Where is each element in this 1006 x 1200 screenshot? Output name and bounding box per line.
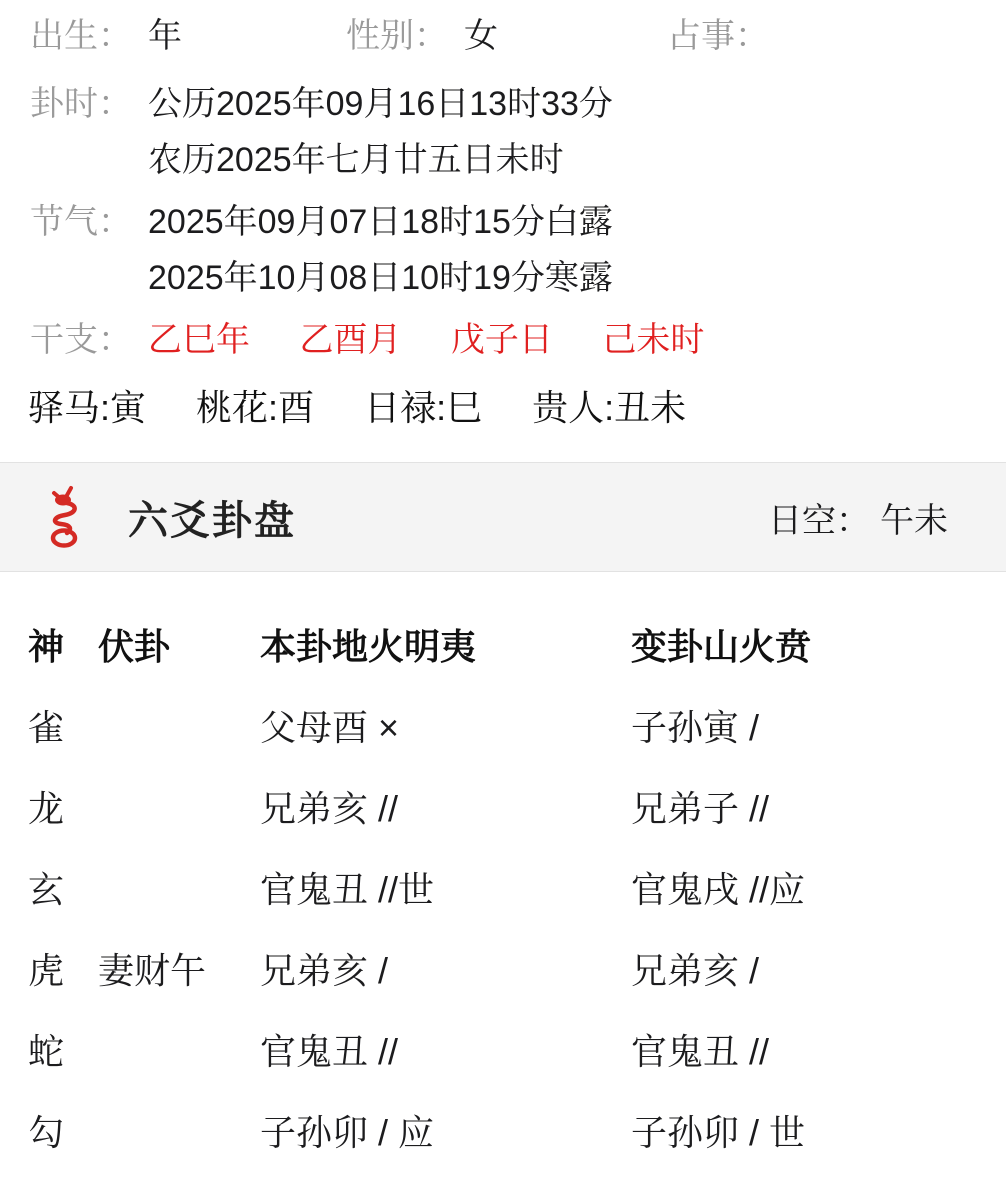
ben-gua-cell: 父母酉 × bbox=[260, 700, 631, 751]
gender-label: 性别： bbox=[346, 8, 464, 64]
table-row: 雀 父母酉 × 子孙寅 / bbox=[28, 685, 978, 766]
solar-term-group: 节气： 2025年09月07日18时15分白露 2025年10月08日10时19… bbox=[30, 194, 978, 306]
bian-gua-cell: 子孙寅 / bbox=[631, 700, 978, 751]
matter-label: 占事： bbox=[667, 8, 785, 64]
ganzhi-label: 干支： bbox=[30, 312, 148, 368]
six-god-cell: 虎 bbox=[28, 943, 98, 994]
star-yima: 驿马:寅 bbox=[28, 387, 146, 428]
month-pillar: 乙酉月 bbox=[299, 321, 401, 359]
gender-value: 女 bbox=[464, 8, 498, 64]
solar-term-values: 2025年09月07日18时15分白露 2025年10月08日10时19分寒露 bbox=[148, 194, 978, 306]
day-void-value: 午未 bbox=[880, 502, 948, 540]
star-rilu: 日禄:巳 bbox=[364, 387, 482, 428]
ben-gua-cell: 子孙卯 / 应 bbox=[260, 1105, 631, 1156]
ganzhi-group: 干支： 乙巳年 乙酉月 戊子日 己未时 bbox=[30, 312, 978, 368]
birth-value: 年 bbox=[148, 8, 182, 64]
six-god-cell: 龙 bbox=[28, 781, 98, 832]
matter-field: 占事： bbox=[667, 8, 978, 64]
gender-field: 性别： 女 bbox=[346, 8, 667, 64]
day-void-label: 日空： bbox=[768, 502, 870, 540]
six-god-cell: 蛇 bbox=[28, 1024, 98, 1075]
table-row: 勾 子孙卯 / 应 子孙卯 / 世 bbox=[28, 1090, 978, 1171]
solar-term-end: 2025年10月08日10时19分寒露 bbox=[148, 250, 978, 306]
six-god-cell: 玄 bbox=[28, 862, 98, 913]
bian-gua-cell: 官鬼丑 // bbox=[631, 1024, 978, 1075]
dragon-seal-icon bbox=[44, 485, 86, 549]
day-pillar: 戊子日 bbox=[451, 321, 553, 359]
star-guiren: 贵人:丑未 bbox=[532, 387, 686, 428]
day-void-field: 日空：午未 bbox=[768, 493, 948, 542]
hexagram-table: 神 伏卦 本卦地火明夷 变卦山火贲 雀 父母酉 × 子孙寅 / 龙 兄弟亥 //… bbox=[0, 604, 1006, 1171]
lunar-date: 农历2025年七月廿五日未时 bbox=[148, 132, 978, 188]
table-row: 玄 官鬼丑 //世 官鬼戌 //应 bbox=[28, 847, 978, 928]
hexagram-time-label: 卦时： bbox=[30, 76, 148, 188]
ben-gua-cell: 兄弟亥 // bbox=[260, 781, 631, 832]
table-row: 虎 妻财午 兄弟亥 / 兄弟亥 / bbox=[28, 928, 978, 1009]
table-row: 蛇 官鬼丑 // 官鬼丑 // bbox=[28, 1009, 978, 1090]
section-header-band: 六爻卦盘 日空：午未 bbox=[0, 462, 1006, 572]
ben-gua-cell: 兄弟亥 / bbox=[260, 943, 631, 994]
section-title: 六爻卦盘 bbox=[128, 489, 768, 546]
ganzhi-values: 乙巳年 乙酉月 戊子日 己未时 bbox=[148, 312, 744, 368]
header-bian-gua: 变卦山火贲 bbox=[631, 619, 978, 670]
header-hidden-gua: 伏卦 bbox=[98, 619, 260, 670]
hexagram-time-group: 卦时： 公历2025年09月16日13时33分 农历2025年七月廿五日未时 bbox=[30, 76, 978, 188]
solar-term-start: 2025年09月07日18时15分白露 bbox=[148, 194, 978, 250]
header-ben-gua: 本卦地火明夷 bbox=[260, 619, 631, 670]
gregorian-date: 公历2025年09月16日13时33分 bbox=[148, 76, 978, 132]
solar-term-label: 节气： bbox=[30, 194, 148, 306]
hour-pillar: 己未时 bbox=[602, 321, 704, 359]
six-god-cell: 勾 bbox=[28, 1105, 98, 1156]
birth-field: 出生： 年 bbox=[30, 8, 346, 64]
birth-label: 出生： bbox=[30, 8, 148, 64]
table-row: 龙 兄弟亥 // 兄弟子 // bbox=[28, 766, 978, 847]
hidden-gua-cell: 妻财午 bbox=[98, 943, 260, 994]
bian-gua-cell: 兄弟亥 / bbox=[631, 943, 978, 994]
six-god-cell: 雀 bbox=[28, 700, 98, 751]
auspicious-stars-row: 驿马:寅 桃花:酉 日禄:巳 贵人:丑未 bbox=[28, 380, 978, 436]
bian-gua-cell: 兄弟子 // bbox=[631, 781, 978, 832]
header-six-god: 神 bbox=[28, 619, 98, 670]
divination-info-panel: 出生： 年 性别： 女 占事： 卦时： 公历2025年09月16日13时33分 … bbox=[0, 0, 1006, 436]
year-pillar: 乙巳年 bbox=[148, 321, 250, 359]
ben-gua-cell: 官鬼丑 // bbox=[260, 1024, 631, 1075]
star-taohua: 桃花:酉 bbox=[196, 387, 314, 428]
basic-info-row: 出生： 年 性别： 女 占事： bbox=[30, 10, 978, 62]
bian-gua-cell: 官鬼戌 //应 bbox=[631, 862, 978, 913]
ben-gua-cell: 官鬼丑 //世 bbox=[260, 862, 631, 913]
bian-gua-cell: 子孙卯 / 世 bbox=[631, 1105, 978, 1156]
hexagram-time-values: 公历2025年09月16日13时33分 农历2025年七月廿五日未时 bbox=[148, 76, 978, 188]
table-header-row: 神 伏卦 本卦地火明夷 变卦山火贲 bbox=[28, 604, 978, 685]
